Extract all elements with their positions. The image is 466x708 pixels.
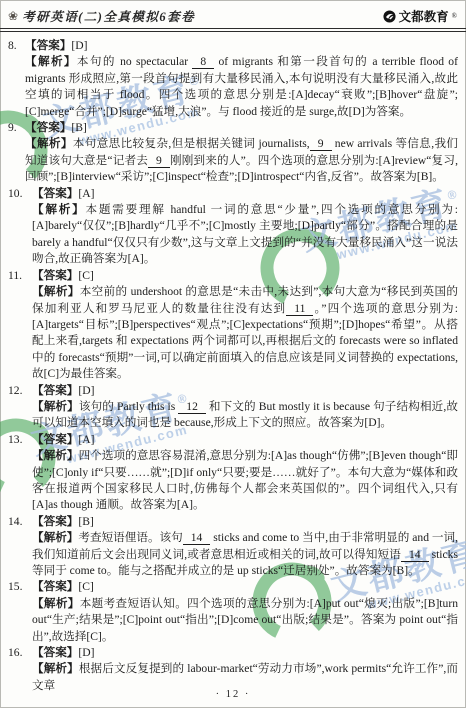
- blank-number: 14: [183, 531, 211, 545]
- analysis-label: 【解析】: [32, 449, 79, 462]
- item-number: 12.: [8, 383, 23, 399]
- answer-line: 13.【答案】[A]: [32, 432, 458, 448]
- answer-label: 【答案】: [25, 121, 71, 134]
- item-number: 11.: [8, 268, 22, 284]
- item-number: 16.: [8, 645, 23, 661]
- answer-item: 15.【答案】[C] 【解析】本题考查短语认知。四个选项的意思分别为:[A]pu…: [8, 579, 458, 645]
- answer-item: 11.【答案】[C] 【解析】本空前的 undershoot 的意思是“未击中,…: [8, 268, 458, 383]
- analysis-text: 本空前的 undershoot 的意思是“未击中,未达到”,本句大意为“移民到英…: [32, 285, 458, 380]
- analysis-text: 四个选项的意思容易混淆,意思分别为:[A]as though“仿佛”;[B]ev…: [32, 449, 458, 511]
- analysis-label: 【解析】: [25, 137, 73, 150]
- answer-item: 8.【答案】[D] 【解析】本句的 no spectacular 8 of mi…: [8, 38, 458, 120]
- analysis-paragraph: 【解析】本空前的 undershoot 的意思是“未击中,未达到”,本句大意为“…: [32, 284, 458, 382]
- answer-choice: [B]: [78, 515, 93, 528]
- analysis-paragraph: 【解析】本题需要理解 handful 一词的意思“少量”,四个选项的意思分别为:…: [32, 202, 458, 268]
- answer-line: 11.【答案】[C]: [32, 268, 458, 284]
- answer-line: 9.【答案】[B]: [25, 120, 458, 136]
- document-title: 考研英语(二)全真模拟6套卷: [22, 7, 195, 25]
- answer-item: 12.【答案】[D] 【解析】该句的 Partly this is 12 和下文…: [8, 383, 458, 432]
- analysis-text: 该句的 Partly this is 12 和下文的 But mostly it…: [32, 400, 458, 429]
- analysis-paragraph: 【解析】考查短语俚语。该句14 sticks and come to 当中,由于…: [32, 530, 458, 579]
- answer-choice: [A]: [78, 433, 94, 446]
- answer-list: 8.【答案】[D] 【解析】本句的 no spectacular 8 of mi…: [0, 32, 466, 694]
- blank-number: 14: [401, 548, 429, 562]
- item-number: 15.: [8, 579, 23, 595]
- blank-number: 11: [286, 302, 313, 316]
- answer-line: 8.【答案】[D]: [25, 38, 458, 54]
- answer-label: 【答案】: [32, 433, 78, 446]
- analysis-label: 【解析】: [32, 400, 79, 413]
- analysis-text: 本题需要理解 handful 一词的意思“少量”,四个选项的意思分别为:[A]b…: [32, 203, 458, 265]
- page-number: · 12 ·: [216, 689, 251, 700]
- page-header: ❀ 考研英语(二)全真模拟6套卷 文都教育®: [0, 0, 466, 28]
- blank-number: 9: [310, 137, 332, 151]
- analysis-text: 考查短语俚语。该句14 sticks and come to 当中,由于非常明显…: [32, 531, 458, 577]
- analysis-label: 【解析】: [32, 531, 78, 544]
- answer-line: 15.【答案】[C]: [32, 579, 458, 595]
- answer-label: 【答案】: [32, 580, 78, 593]
- analysis-label: 【解析】: [32, 285, 80, 298]
- analysis-paragraph: 【解析】本句的 no spectacular 8 of migrants 和第一…: [25, 54, 458, 120]
- answer-choice: [A]: [78, 187, 94, 200]
- answer-choice: [D]: [78, 384, 94, 397]
- answer-line: 16.【答案】[D]: [32, 645, 458, 661]
- answer-item: 9.【答案】[B] 【解析】本句意思比较复杂,但是根据关键词 journalis…: [8, 120, 458, 186]
- answer-choice: [C]: [78, 580, 93, 593]
- analysis-paragraph: 【解析】四个选项的意思容易混淆,意思分别为:[A]as though“仿佛”;[…: [32, 448, 458, 514]
- brand-registered-mark: ®: [452, 12, 457, 20]
- analysis-text: 本句的 no spectacular 8 of migrants 和第一段首句的…: [25, 55, 458, 117]
- document-page: 文都教育® www.wendu.com 文都教育® www.wendu.com …: [0, 0, 466, 708]
- analysis-label: 【解析】: [32, 597, 80, 610]
- analysis-paragraph: 【解析】本题考查短语认知。四个选项的意思分别为:[A]put out“熄灭;出版…: [32, 596, 458, 645]
- flower-icon: ❀: [8, 10, 18, 22]
- answer-item: 14.【答案】[B] 【解析】考查短语俚语。该句14 sticks and co…: [8, 514, 458, 580]
- answer-label: 【答案】: [32, 384, 78, 397]
- blank-number: 9: [148, 154, 170, 168]
- answer-label: 【答案】: [32, 515, 78, 528]
- item-number: 13.: [8, 432, 23, 448]
- answer-label: 【答案】: [32, 269, 78, 282]
- wendu-logo-icon: [383, 10, 396, 23]
- page-footer: · 12 ·: [0, 684, 466, 702]
- analysis-label: 【解析】: [25, 55, 77, 68]
- analysis-label: 【解析】: [32, 203, 86, 216]
- analysis-paragraph: 【解析】该句的 Partly this is 12 和下文的 But mostl…: [32, 399, 458, 432]
- item-number: 9.: [8, 120, 17, 136]
- brand-name: 文都教育: [399, 7, 449, 25]
- answer-choice: [D]: [78, 646, 94, 659]
- answer-line: 14.【答案】[B]: [32, 514, 458, 530]
- brand-logo: 文都教育®: [383, 7, 457, 25]
- answer-label: 【答案】: [32, 646, 78, 659]
- answer-line: 10.【答案】[A]: [32, 186, 458, 202]
- answer-choice: [B]: [71, 121, 86, 134]
- answer-choice: [D]: [71, 39, 87, 52]
- analysis-label: 【解析】: [32, 662, 79, 675]
- item-number: 10.: [8, 186, 23, 202]
- answer-choice: [C]: [78, 269, 93, 282]
- item-number: 8.: [8, 38, 17, 54]
- answer-item: 13.【答案】[A] 【解析】四个选项的意思容易混淆,意思分别为:[A]as t…: [8, 432, 458, 514]
- analysis-paragraph: 【解析】本句意思比较复杂,但是根据关键词 journalists,9 new a…: [25, 136, 458, 185]
- item-number: 14.: [8, 514, 23, 530]
- answer-line: 12.【答案】[D]: [32, 383, 458, 399]
- analysis-text: 本题考查短语认知。四个选项的意思分别为:[A]put out“熄灭;出版”;[B…: [32, 597, 458, 643]
- answer-label: 【答案】: [25, 39, 71, 52]
- blank-number: 12: [178, 400, 206, 414]
- answer-label: 【答案】: [32, 187, 78, 200]
- blank-number: 8: [192, 55, 214, 69]
- analysis-text: 本句意思比较复杂,但是根据关键词 journalists,9 new arriv…: [25, 137, 458, 183]
- answer-item: 10.【答案】[A] 【解析】本题需要理解 handful 一词的意思“少量”,…: [8, 186, 458, 268]
